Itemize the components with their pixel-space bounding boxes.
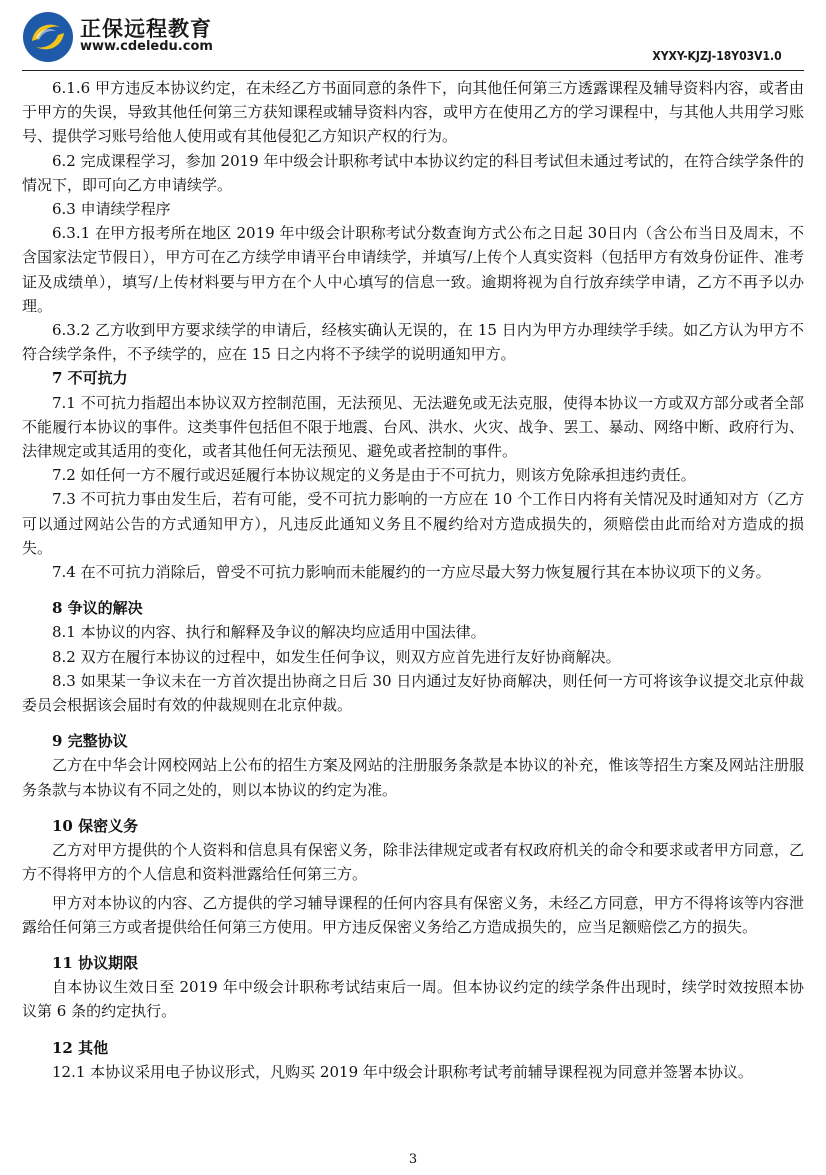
clause-6-3-1: 6.3.1 在甲方报考所在地区 2019 年中级会计职称考试分数查询方式公布之日…: [22, 221, 804, 318]
spacer: [22, 802, 804, 814]
spacer: [22, 717, 804, 729]
cdeledu-logo-icon: [22, 11, 74, 63]
spacer: [22, 939, 804, 951]
clause-7-1: 7.1 不可抗力指超出本协议双方控制范围，无法预见、无法避免或无法克服，使得本协…: [22, 391, 804, 464]
clause-11: 自本协议生效日至 2019 年中级会计职称考试结束后一周。但本协议约定的续学条件…: [22, 975, 804, 1023]
section-heading-7: 7 不可抗力: [22, 366, 804, 390]
section-heading-10: 10 保密义务: [22, 814, 804, 838]
clause-7-3: 7.3 不可抗力事由发生后，若有可能，受不可抗力影响的一方应在 10 个工作日内…: [22, 487, 804, 560]
clause-8-3: 8.3 如果某一争议未在一方首次提出协商之日后 30 日内通过友好协商解决，则任…: [22, 669, 804, 717]
spacer: [22, 584, 804, 596]
clause-10-b: 甲方对本协议的内容、乙方提供的学习辅导课程的任何内容具有保密义务，未经乙方同意，…: [22, 891, 804, 939]
clause-6-1-6: 6.1.6 甲方违反本协议约定，在未经乙方书面同意的条件下，向其他任何第三方透露…: [22, 76, 804, 149]
clause-7-4: 7.4 在不可抗力消除后，曾受不可抗力影响而未能履约的一方应尽最大努力恢复履行其…: [22, 560, 804, 584]
document-body: 6.1.6 甲方违反本协议约定，在未经乙方书面同意的条件下，向其他任何第三方透露…: [22, 76, 804, 1084]
clause-7-2: 7.2 如任何一方不履行或迟延履行本协议规定的义务是由于不可抗力，则该方免除承担…: [22, 463, 804, 487]
clause-6-3: 6.3 申请续学程序: [22, 197, 804, 221]
site-url: www.cdeledu.com: [80, 39, 213, 54]
page-header: 正保远程教育 www.cdeledu.com XYXY-KJZJ-18Y03V1…: [0, 0, 826, 72]
section-heading-9: 9 完整协议: [22, 729, 804, 753]
section-heading-12: 12 其他: [22, 1036, 804, 1060]
section-heading-11: 11 协议期限: [22, 951, 804, 975]
clause-12-1: 12.1 本协议采用电子协议形式，凡购买 2019 年中级会计职称考试考前辅导课…: [22, 1060, 804, 1084]
document-id: XYXY-KJZJ-18Y03V1.0: [653, 49, 782, 63]
spacer: [22, 1024, 804, 1036]
clause-6-2: 6.2 完成课程学习，参加 2019 年中级会计职称考试中本协议约定的科目考试但…: [22, 149, 804, 197]
section-heading-8: 8 争议的解决: [22, 596, 804, 620]
clause-10-a: 乙方对甲方提供的个人资料和信息具有保密义务，除非法律规定或者有权政府机关的命令和…: [22, 838, 804, 886]
clause-9: 乙方在中华会计网校网站上公布的招生方案及网站的注册服务条款是本协议的补充，惟该等…: [22, 753, 804, 801]
clause-8-1: 8.1 本协议的内容、执行和解释及争议的解决均应适用中国法律。: [22, 620, 804, 644]
clause-8-2: 8.2 双方在履行本协议的过程中，如发生任何争议，则双方应首先进行友好协商解决。: [22, 645, 804, 669]
header-divider: [22, 70, 804, 71]
clause-6-3-2: 6.3.2 乙方收到甲方要求续学的申请后，经核实确认无误的，在 15 日内为甲方…: [22, 318, 804, 366]
page-number: 3: [0, 1152, 826, 1167]
